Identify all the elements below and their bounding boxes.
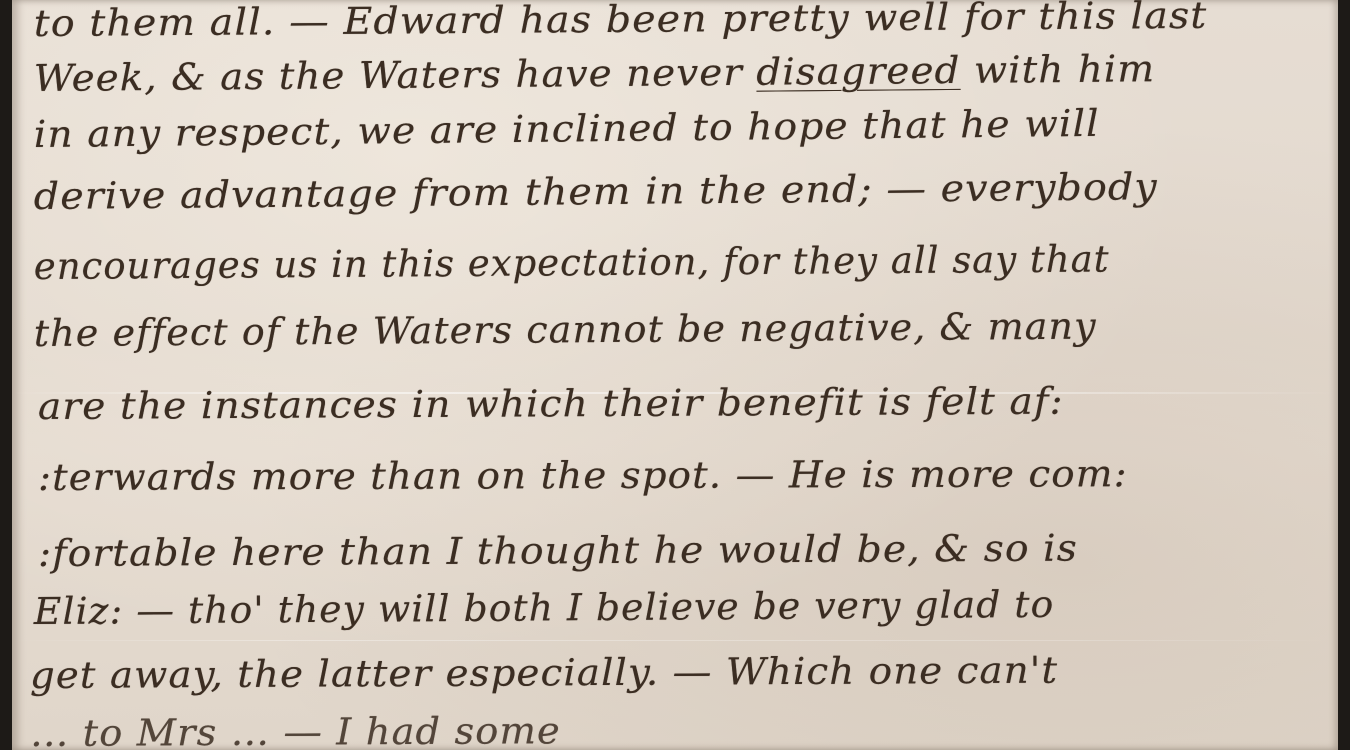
line-text: Week, & as the Waters have never [34,51,757,100]
manuscript-line-partial: … to Mrs … — I had some [30,709,561,750]
manuscript-line: the effect of the Waters cannot be negat… [34,305,1097,355]
manuscript-line: Week, & as the Waters have never disagre… [34,47,1156,100]
manuscript-line: in any respect, we are inclined to hope … [34,102,1100,156]
manuscript-line: get away, the latter especially. — Which… [30,649,1058,697]
manuscript-line: are the instances in which their benefit… [38,380,1064,428]
manuscript-line: encourages us in this expectation, for t… [34,237,1110,288]
manuscript-line: :terwards more than on the spot. — He is… [38,452,1128,499]
manuscript-line: derive advantage from them in the end; —… [34,165,1158,218]
underlined-word: disagreed [756,49,961,94]
paper-fold-line [12,640,1338,641]
manuscript-page: to them all. — Edward has been pretty we… [12,0,1338,750]
manuscript-line: Eliz: — tho' they will both I believe be… [34,583,1055,633]
manuscript-line: :fortable here than I thought he would b… [38,527,1078,575]
manuscript-line: to them all. — Edward has been pretty we… [34,0,1208,45]
line-text: with him [960,47,1155,92]
scan-background: to them all. — Edward has been pretty we… [0,0,1350,750]
